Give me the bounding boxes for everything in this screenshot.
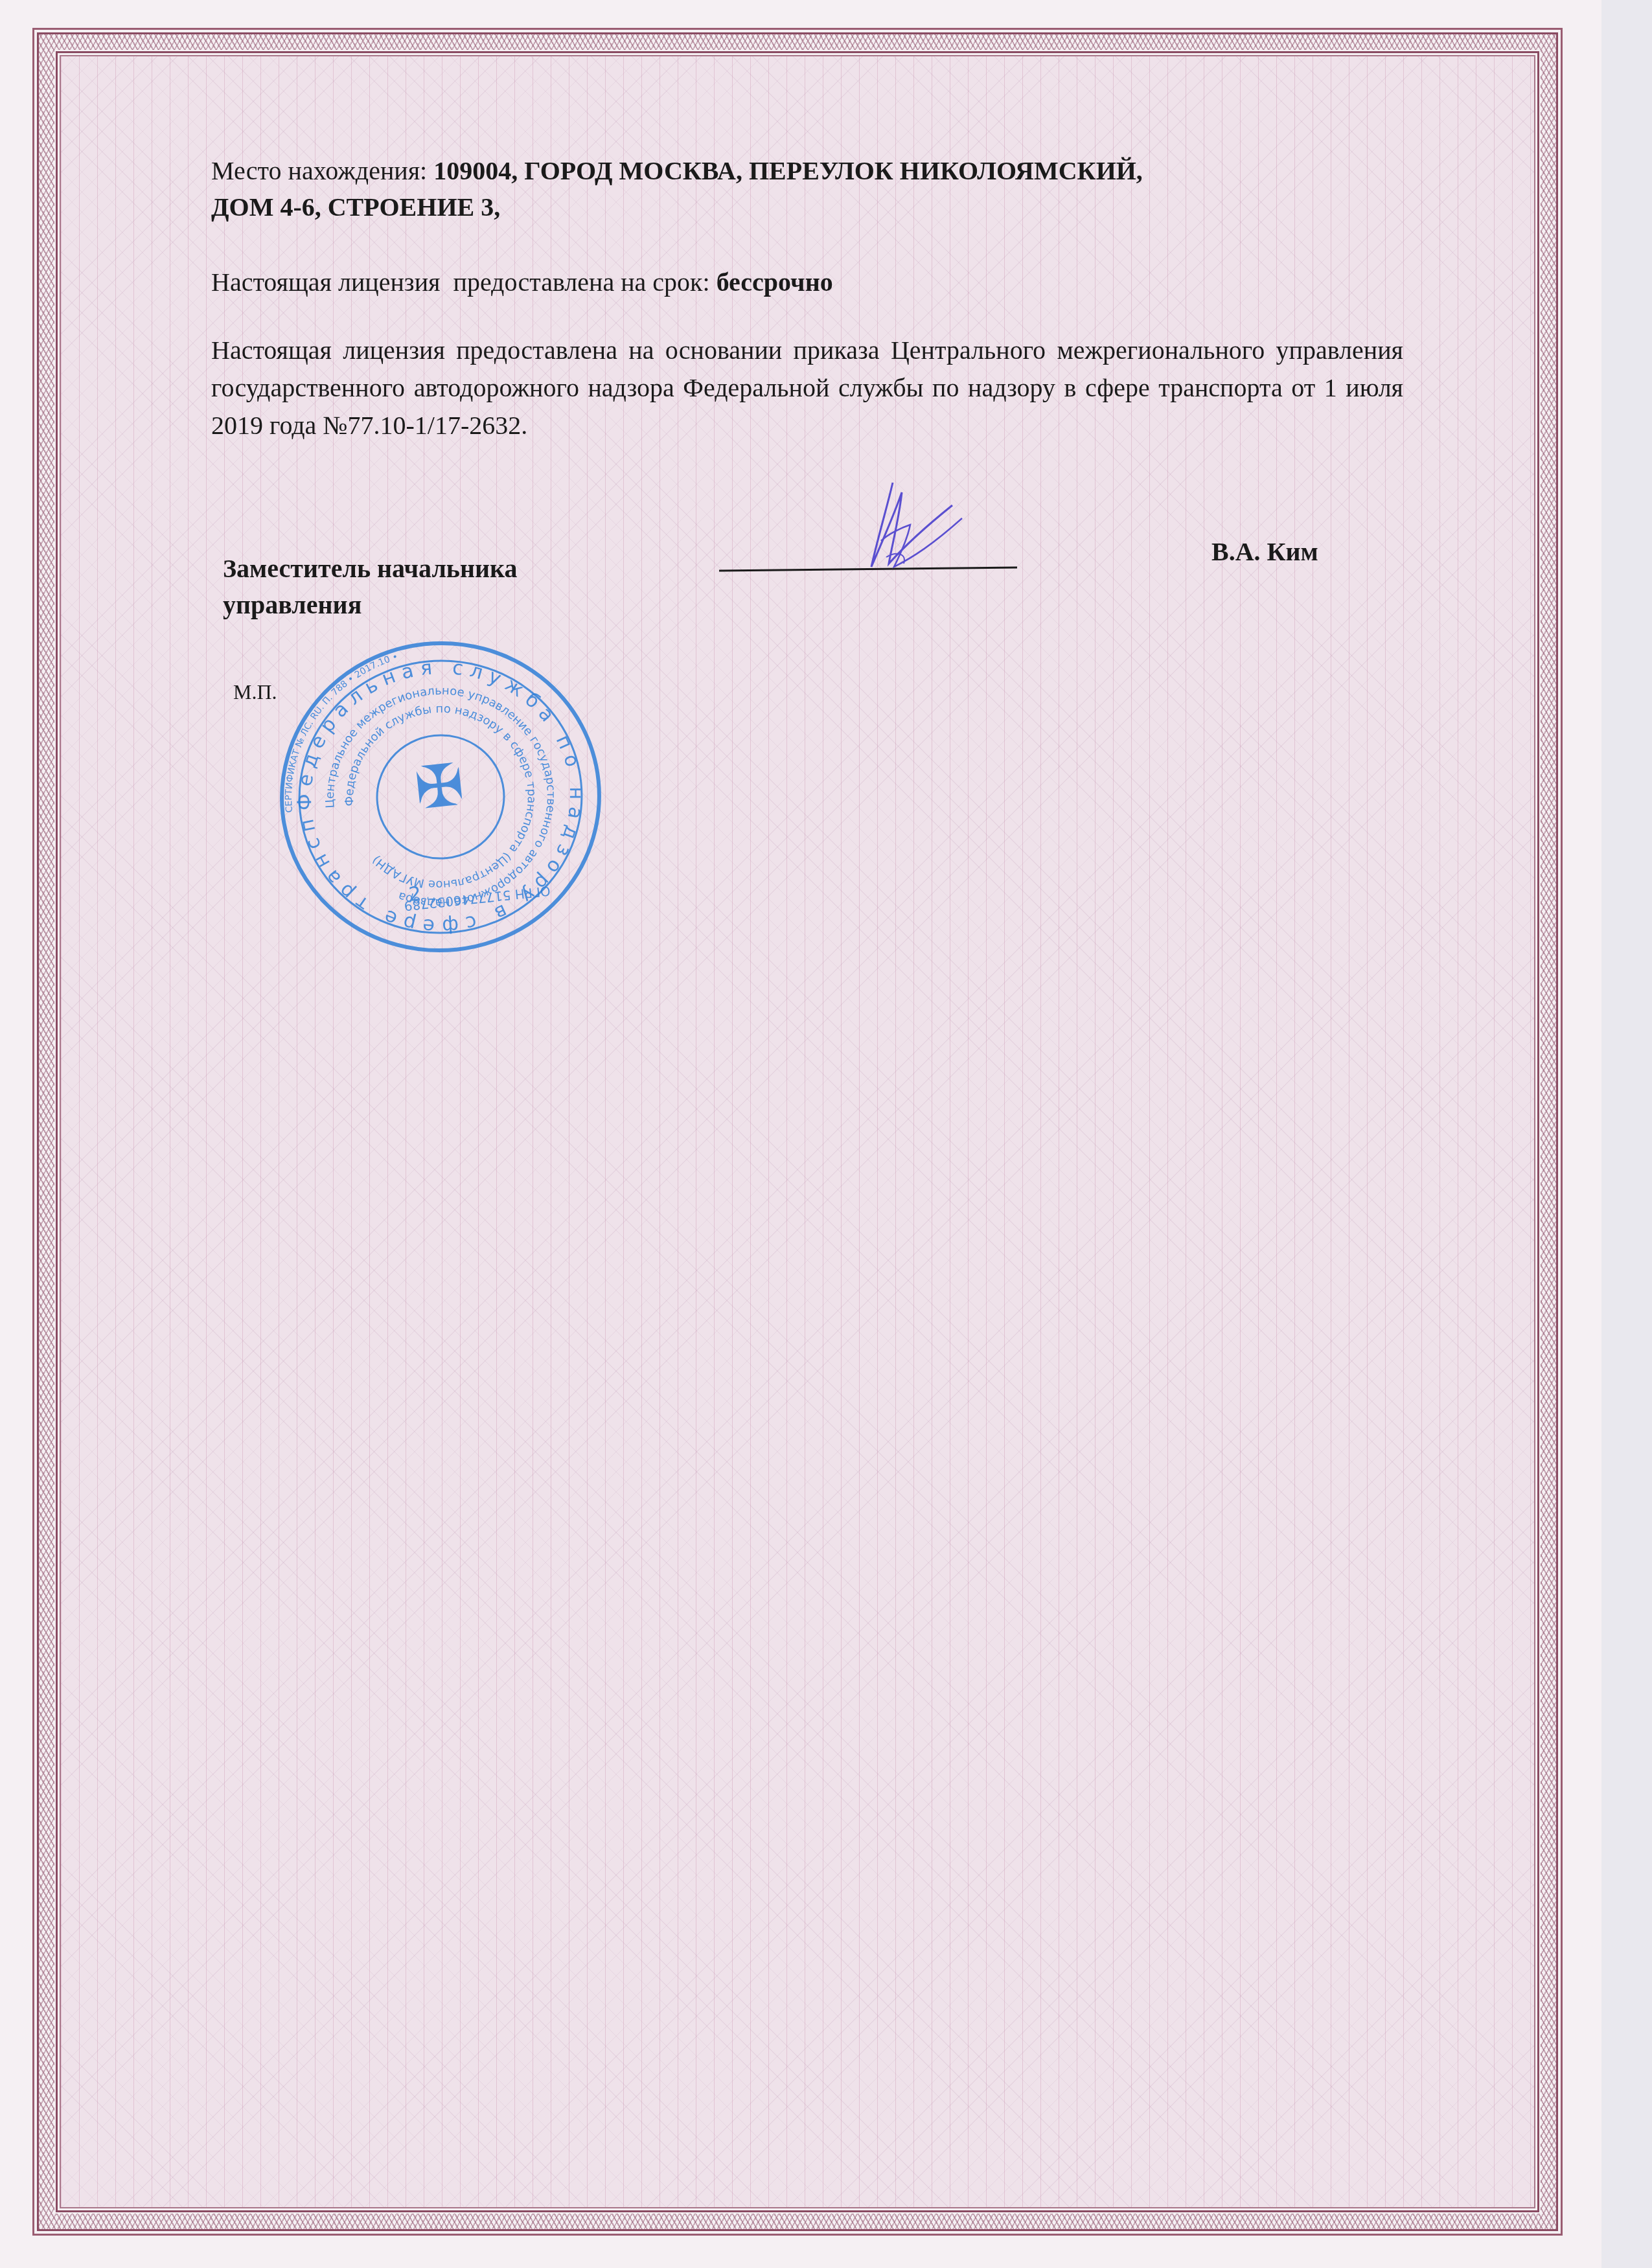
signatory-name: В.А. Ким: [1211, 534, 1318, 570]
signatory-position-line1: Заместитель начальника: [223, 554, 518, 583]
address-label: Место нахождения:: [211, 156, 433, 185]
scan-background: [1601, 0, 1652, 2268]
term-label: Настоящая лицензия предоставлена на срок…: [211, 268, 717, 297]
signatory-position: Заместитель начальника управления: [223, 551, 586, 623]
address-block: Место нахождения: 109004, ГОРОД МОСКВА, …: [211, 153, 1377, 225]
address-value-line2: ДОМ 4-6, СТРОЕНИЕ 3,: [211, 192, 500, 222]
license-basis: Настоящая лицензия предоставлена на осно…: [211, 332, 1403, 444]
svg-text:✠: ✠: [411, 750, 467, 823]
official-seal-icon: СЕРТИФИКАТ № ЛС. RU. П. 788 • 2017.10 • …: [256, 618, 625, 976]
term-block: Настоящая лицензия предоставлена на срок…: [211, 264, 1377, 301]
handwritten-signature: [842, 479, 972, 577]
signatory-position-line2: управления: [223, 590, 361, 619]
address-value-line1: 109004, ГОРОД МОСКВА, ПЕРЕУЛОК НИКОЛОЯМС…: [433, 156, 1143, 185]
term-value: бессрочно: [717, 268, 833, 297]
